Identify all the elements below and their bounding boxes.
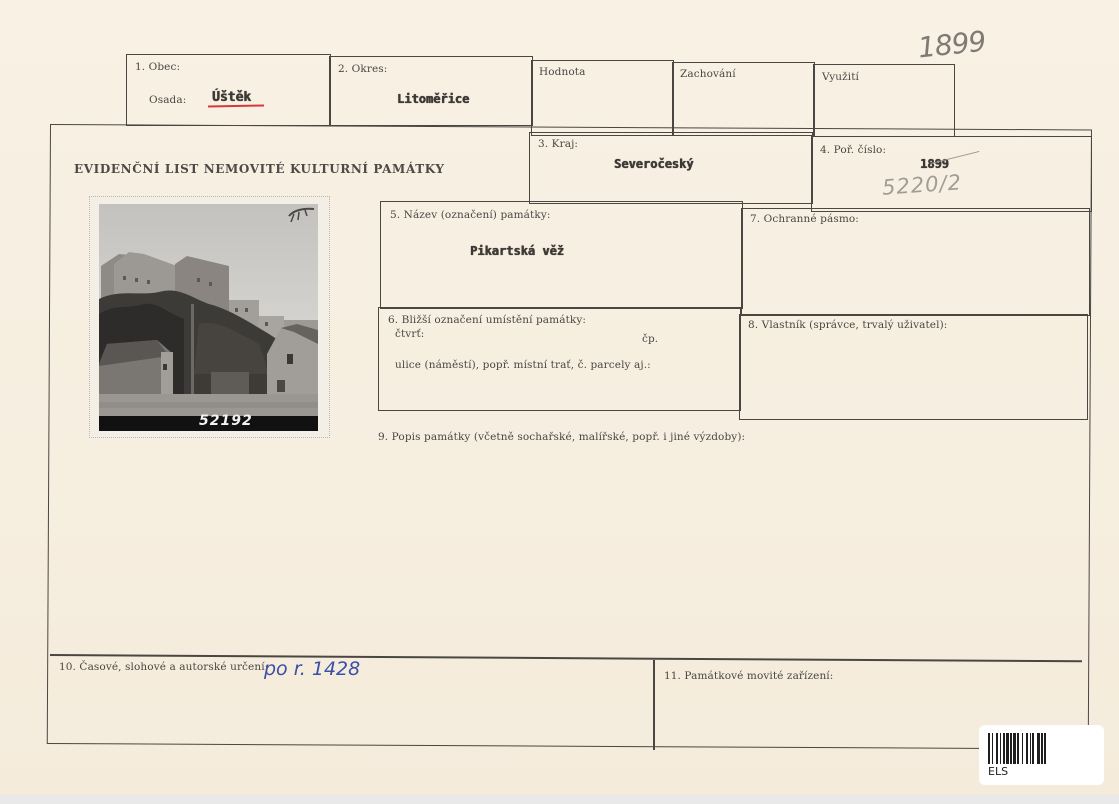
ctvrt-label: čtvrť: [395, 328, 424, 340]
barcode-icon [988, 733, 1076, 764]
hodnota-label: Hodnota [539, 66, 585, 78]
casove-urceni-label: 10. Časové, slohové a autorské určení: [59, 661, 268, 673]
photo-caption-number: 52192 [199, 413, 253, 429]
nazev-label: 5. Název (označení) památky: [390, 209, 551, 221]
vyuziti-label: Využití [822, 71, 859, 83]
monument-photo: 52192 [99, 204, 318, 431]
zachovani-label: Zachování [680, 68, 736, 80]
cp-label: čp. [642, 333, 658, 345]
document-title: EVIDENČNÍ LIST NEMOVITÉ KULTURNÍ PAMÁTKY [74, 162, 445, 176]
okres-value: Litoměřice [397, 92, 469, 106]
document-sheet: 1899 1. Obec: Osada: Úštěk 2. Okres: Lit… [0, 0, 1119, 795]
kraj-label: 3. Kraj: [538, 138, 578, 150]
handwritten-top-number: 1899 [916, 25, 986, 65]
casove-urceni-handwritten: po r. 1428 [264, 658, 360, 680]
photo-image [99, 204, 318, 431]
ochranne-pasmo-label: 7. Ochranné pásmo: [750, 213, 859, 225]
section-10-11-divider [653, 660, 655, 750]
umisteni-label: 6. Bližší označení umístění památky: [388, 314, 586, 326]
osada-label: Osada: [149, 94, 186, 106]
nazev-value: Pikartská věž [470, 244, 564, 258]
barcode-label: ELS [979, 725, 1104, 785]
popis-label: 9. Popis památky (včetně sochařské, malí… [378, 431, 745, 443]
okres-label: 2. Okres: [338, 63, 387, 75]
vlastnik-label: 8. Vlastník (správce, trvalý uživatel): [748, 319, 947, 331]
ulice-label: ulice (náměstí), popř. místní trať, č. p… [395, 359, 651, 371]
scan-bottom-edge [0, 795, 1119, 804]
poradove-cislo-label: 4. Poř. číslo: [820, 144, 886, 156]
kraj-value: Severočeský [614, 157, 693, 171]
obec-label: 1. Obec: [135, 61, 180, 73]
movite-zarizeni-label: 11. Památkové movité zařízení: [664, 670, 833, 682]
obec-value: Úštěk [212, 90, 251, 105]
barcode-text: ELS [988, 765, 1008, 778]
